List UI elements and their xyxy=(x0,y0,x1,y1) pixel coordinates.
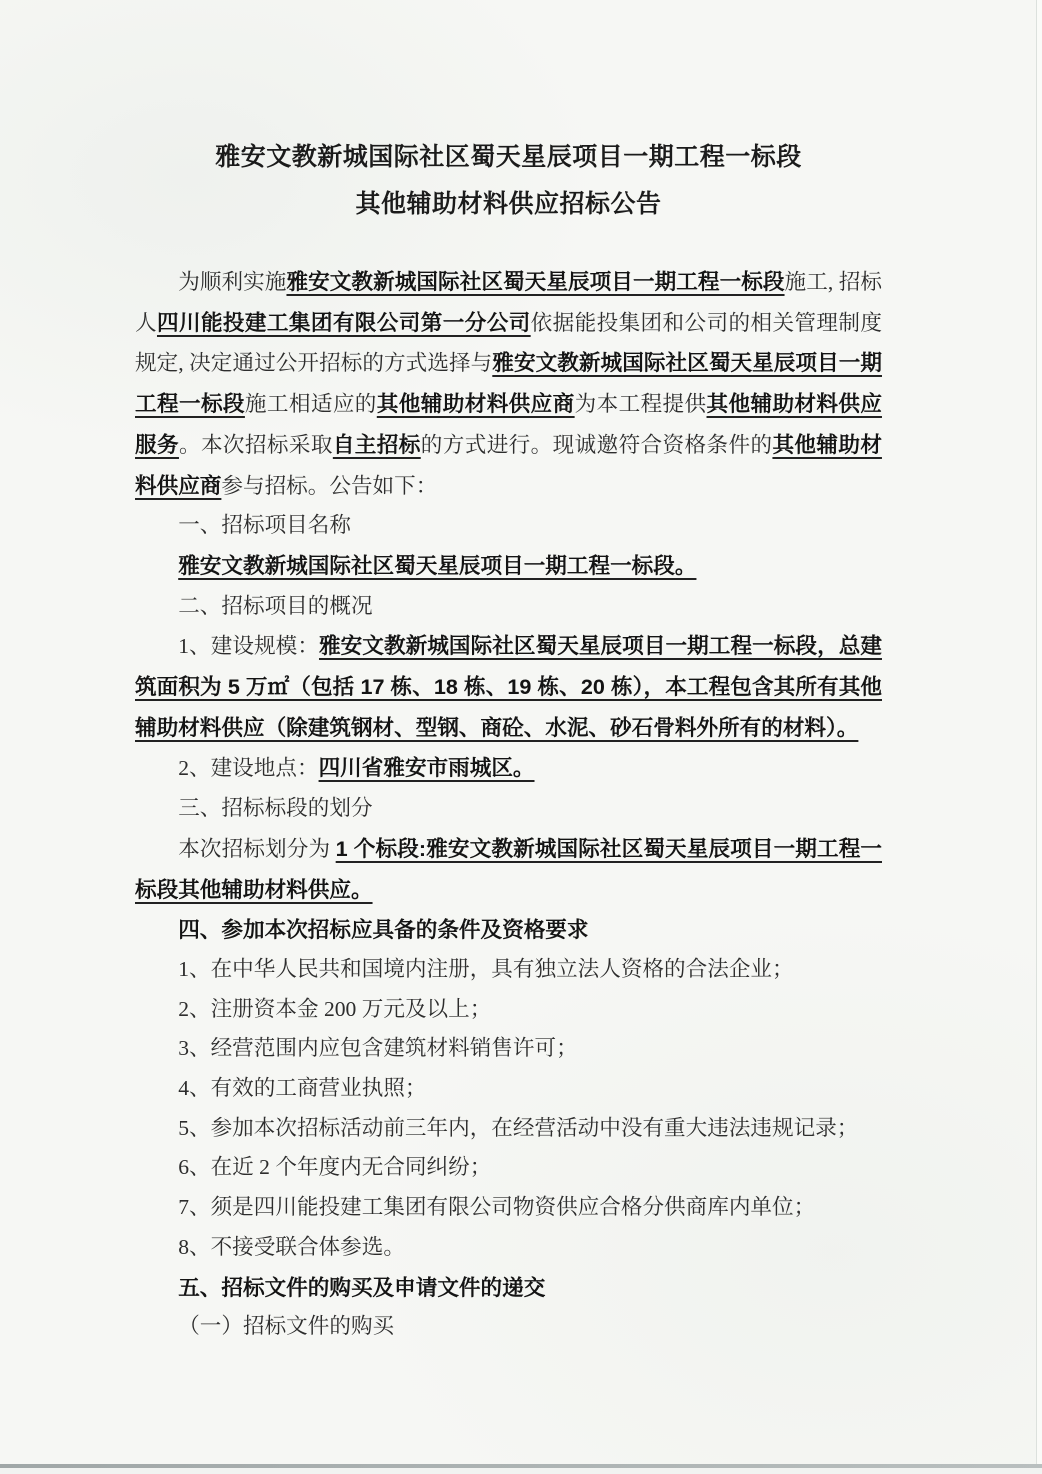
emphasized-text-run: 自主招标 xyxy=(333,432,421,457)
text-run: 4、有效的工商营业执照； xyxy=(178,1076,426,1100)
text-run: 5、参加本次招标活动前三年内，在经营活动中没有重大违法违规记录； xyxy=(178,1116,858,1140)
section-3-heading: 三、招标标段的划分 xyxy=(135,789,882,829)
document-title: 雅安文教新城国际社区蜀天星辰项目一期工程一标段 其他辅助材料供应招标公告 xyxy=(135,134,882,228)
qualification-item-6: 6、在近 2 个年度内无合同纠纷； xyxy=(135,1148,882,1188)
text-run: 。本次招标采取 xyxy=(179,433,333,457)
qualification-item-1: 1、在中华人民共和国境内注册，具有独立法人资格的合法企业； xyxy=(135,950,882,990)
text-run: 1、在中华人民共和国境内注册，具有独立法人资格的合法企业； xyxy=(178,957,793,981)
section-4-heading: 四、参加本次招标应具备的条件及资格要求 xyxy=(135,910,882,950)
text-run: 四、参加本次招标应具备的条件及资格要求 xyxy=(178,917,588,942)
text-run: 为本工程提供 xyxy=(575,392,707,416)
qualification-item-2: 2、注册资本金 200 万元及以上； xyxy=(135,990,882,1030)
text-run: 为顺利实施 xyxy=(178,270,286,294)
intro-paragraph: 为顺利实施雅安文教新城国际社区蜀天星辰项目一期工程一标段施工, 招标人四川能投建… xyxy=(135,262,882,506)
scanner-right-margin xyxy=(1037,0,1042,1474)
section-5-heading: 五、招标文件的购买及申请文件的递交 xyxy=(135,1268,882,1308)
section-1-heading: 一、招标项目名称 xyxy=(135,506,882,546)
qualification-item-4: 4、有效的工商营业执照； xyxy=(135,1069,882,1109)
qualification-item-7: 7、须是四川能投建工集团有限公司物资供应合格分供商库内单位； xyxy=(135,1188,882,1228)
text-run: 3、经营范围内应包含建筑材料销售许可； xyxy=(178,1036,578,1060)
scanner-bottom-margin xyxy=(0,1468,1042,1474)
text-run: 五、招标文件的购买及申请文件的递交 xyxy=(178,1275,545,1300)
document-page: 雅安文教新城国际社区蜀天星辰项目一期工程一标段 其他辅助材料供应招标公告 为顺利… xyxy=(0,0,1042,1474)
text-run: 施工相适应的 xyxy=(245,392,377,416)
emphasized-text-run: 其他辅助材料供应商 xyxy=(377,391,575,416)
text-run: 2、注册资本金 200 万元及以上； xyxy=(178,997,491,1021)
qualification-item-5: 5、参加本次招标活动前三年内，在经营活动中没有重大违法违规记录； xyxy=(135,1109,882,1149)
text-run: 2、建设地点： xyxy=(178,756,318,780)
construction-location-paragraph: 2、建设地点：四川省雅安市雨城区。 xyxy=(135,748,882,789)
text-run: 参与招标。公告如下： xyxy=(221,474,437,498)
lot-division-paragraph: 本次招标划分为 1 个标段:雅安文教新城国际社区蜀天星辰项目一期工程一标段其他辅… xyxy=(135,829,882,910)
construction-scale-paragraph: 1、建设规模：雅安文教新城国际社区蜀天星辰项目一期工程一标段，总建筑面积为 5 … xyxy=(135,626,882,748)
section-2-heading: 二、招标项目的概况 xyxy=(135,587,882,627)
document-body: 为顺利实施雅安文教新城国际社区蜀天星辰项目一期工程一标段施工, 招标人四川能投建… xyxy=(135,262,882,1347)
text-run: 7、须是四川能投建工集团有限公司物资供应合格分供商库内单位； xyxy=(178,1195,815,1219)
text-run: 三、招标标段的划分 xyxy=(178,796,372,820)
document-title-line-1: 雅安文教新城国际社区蜀天星辰项目一期工程一标段 xyxy=(135,134,882,181)
text-run: 的方式进行。现诚邀符合资格条件的 xyxy=(421,433,773,457)
text-run: 本次招标划分为 xyxy=(178,837,335,861)
subsection-1-heading: （一）招标文件的购买 xyxy=(135,1307,882,1347)
document-title-line-2: 其他辅助材料供应招标公告 xyxy=(135,181,882,228)
text-run: 二、招标项目的概况 xyxy=(178,594,372,618)
text-run: 6、在近 2 个年度内无合同纠纷； xyxy=(178,1155,491,1179)
text-run: 一、招标项目名称 xyxy=(178,513,351,537)
text-run: （一）招标文件的购买 xyxy=(178,1314,394,1338)
text-run: 8、不接受联合体参选。 xyxy=(178,1235,405,1259)
qualification-item-3: 3、经营范围内应包含建筑材料销售许可； xyxy=(135,1029,882,1069)
text-run: 1、建设规模： xyxy=(178,634,319,658)
emphasized-text-run: 四川省雅安市雨城区。 xyxy=(319,755,535,780)
project-name-line: 雅安文教新城国际社区蜀天星辰项目一期工程一标段。 xyxy=(135,546,882,587)
emphasized-text-run: 雅安文教新城国际社区蜀天星辰项目一期工程一标段 xyxy=(286,269,784,294)
qualification-item-8: 8、不接受联合体参选。 xyxy=(135,1228,882,1268)
emphasized-text-run: 四川能投建工集团有限公司第一分公司 xyxy=(157,310,531,335)
emphasized-text-run: 雅安文教新城国际社区蜀天星辰项目一期工程一标段。 xyxy=(178,553,696,578)
